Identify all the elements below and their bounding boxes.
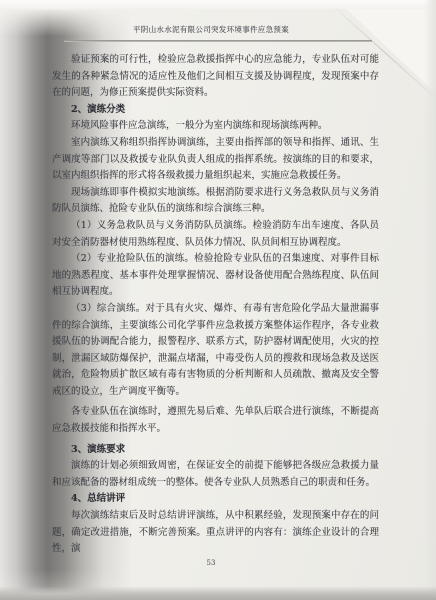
paragraph-item-3: （3）综合演练。对于具有火灾、爆炸、有毒有害危险化学品大量泄漏事件的综合演练，主… <box>52 301 379 401</box>
scan-top-edge <box>0 0 436 9</box>
scanned-document-page: 平阴山水水泥有限公司突发环境事件应急预案 验证预案的可行性，检验应急救援指挥中心… <box>0 0 436 600</box>
scan-bottom-edge <box>0 586 436 600</box>
heading-drill-requirements: 3、演练要求 <box>52 442 379 459</box>
paragraph-drill-plan: 演练的计划必须细致周密，在保证安全的前提下能够把各级应急救援力量和应该配备的器材… <box>52 458 379 491</box>
header-title: 平阴山水水泥有限公司突发环境事件应急预案 <box>0 24 422 35</box>
paragraph-summary: 每次演练结束后及时总结讲评演练，从中积累经验，发现预案中存在的问题，确定改进措施… <box>52 508 379 558</box>
paragraph-drill-order: 各专业队伍在演练时，遵照先易后难、先单队后联合进行演练，不断提高应急救援技能和指… <box>52 404 379 437</box>
header-rule <box>64 40 372 42</box>
paragraph-item-2: （2）专业抢险队伍的演练。检验抢险专业队伍的召集速度、对事件目标地的熟悉程度、基… <box>52 251 379 301</box>
paragraph-field-drill: 现场演练即事件模拟实地演练。根据消防要求进行义务急救队员与义务消防队员演练、抢险… <box>52 185 379 218</box>
heading-summary-review: 4、总结讲评 <box>52 491 379 508</box>
paragraph-indoor-drill: 室内演练又称组织指挥协调演练，主要由指挥部的领导和指挥、通讯、生产调度等部门以及… <box>52 135 379 185</box>
heading-drill-classification: 2、演练分类 <box>52 102 379 119</box>
document-body: 验证预案的可行性，检验应急救援指挥中心的应急能力，专业队伍对可能发生的各种紧急情… <box>52 52 379 558</box>
paragraph-item-1: （1）义务急救队员与义务消防队员演练。检验消防车出车速度、各队员对安全消防器材使… <box>52 218 379 251</box>
page-number: 53 <box>0 559 422 567</box>
paragraph-purpose: 验证预案的可行性，检验应急救援指挥中心的应急能力，专业队伍对可能发生的各种紧急情… <box>52 52 379 102</box>
paragraph-drill-types: 环境风险事件应急演练，一般分为室内演练和现场演练两种。 <box>52 118 379 135</box>
scan-right-edge <box>424 0 436 600</box>
